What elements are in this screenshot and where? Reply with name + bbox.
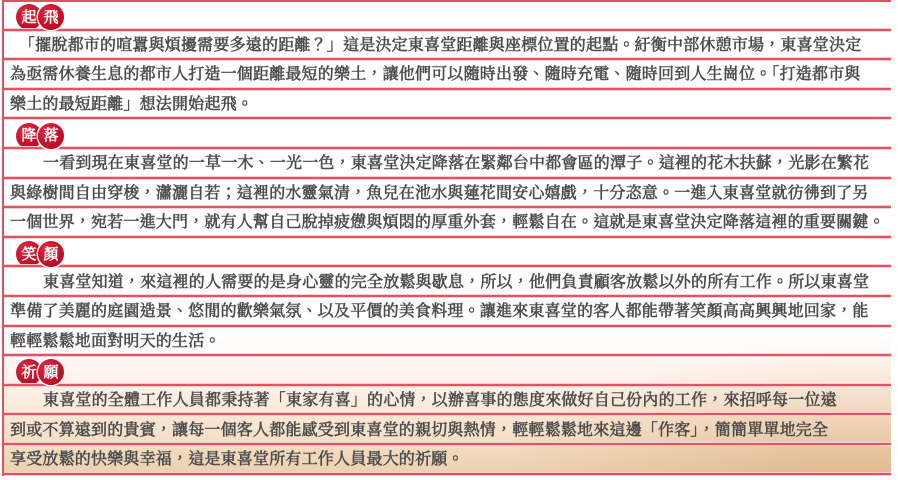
text-row: 一看到現在東喜堂的一草一木、一光一色，東喜堂決定降落在緊鄰台中都會區的潭子。這裡…: [4, 150, 891, 180]
paragraph-line: 東喜堂的全體工作人員都秉持著「東家有喜」的心情，以辦喜事的態度來做好自己份內的工…: [10, 387, 837, 414]
badge-circle: 顏: [38, 241, 64, 267]
text-row: 準備了美麗的庭園造景、悠閒的歡樂氣氛、以及平價的美食料理。讓進來東喜堂的客人都能…: [4, 298, 891, 328]
text-row: 東喜堂知道，來這裡的人需要的是身心靈的完全放鬆與歇息，所以，他們負責顧客放鬆以外…: [4, 268, 891, 298]
text-row: 輕輕鬆鬆地面對明天的生活。: [4, 328, 891, 358]
paragraph-line: 與綠樹間自由穿梭，瀟灑自若；這裡的水靈氣清，魚兒在池水與蓮花間安心嬉戲，十分恣意…: [10, 180, 869, 207]
paragraph-line: 準備了美麗的庭園造景、悠閒的歡樂氣氛、以及平價的美食料理。讓進來東喜堂的客人都能…: [10, 298, 869, 325]
paragraph-line: 一看到現在東喜堂的一草一木、一光一色，東喜堂決定降落在緊鄰台中都會區的潭子。這裡…: [10, 150, 869, 177]
paragraph-line: 享受放鬆的快樂與幸福，這是東喜堂所有工作人員最大的祈願。: [10, 446, 464, 473]
section-header-landing: 降 落: [4, 120, 891, 150]
paragraph-line: 「擺脫都市的喧囂與煩擾需要多遠的距離？」這是決定東喜堂距離與座標位置的起點。紆衡…: [10, 32, 861, 59]
paragraph-line: 樂土的最短距離」想法開始起飛。: [10, 91, 253, 118]
text-row: 東喜堂的全體工作人員都秉持著「東家有喜」的心情，以辦喜事的態度來做好自己份內的工…: [4, 387, 891, 417]
text-row: 為亟需休養生息的都市人打造一個距離最短的樂土，讓他們可以隨時出發、隨時充電、隨時…: [4, 61, 891, 91]
badge-circle: 落: [38, 123, 64, 149]
text-row: 享受放鬆的快樂與幸福，這是東喜堂所有工作人員最大的祈願。: [4, 446, 891, 476]
smile-badge-icon: 笑 顏: [16, 241, 64, 267]
text-row: 一個世界，宛若一進大門，就有人幫自己脫掉疲憊與煩悶的厚重外套，輕鬆自在。這就是東…: [4, 209, 891, 239]
paragraph-line: 輕輕鬆鬆地面對明天的生活。: [10, 328, 221, 355]
text-row: 與綠樹間自由穿梭，瀟灑自若；這裡的水靈氣清，魚兒在池水與蓮花間安心嬉戲，十分恣意…: [4, 180, 891, 210]
text-row: 到或不算遠到的貴賓，讓每一個客人都能感受到東喜堂的親切與熱情，輕輕鬆鬆地來這邊「…: [4, 416, 891, 446]
text-row: 樂土的最短距離」想法開始起飛。: [4, 91, 891, 121]
text-row: 「擺脫都市的喧囂與煩擾需要多遠的距離？」這是決定東喜堂距離與座標位置的起點。紆衡…: [4, 32, 891, 62]
section-header-wish: 祈 願: [4, 357, 891, 387]
ruled-page: 起 飛 「擺脫都市的喧囂與煩擾需要多遠的距離？」這是決定東喜堂距離與座標位置的起…: [2, 0, 891, 476]
section-header-smile: 笑 顏: [4, 239, 891, 269]
landing-badge-icon: 降 落: [16, 123, 64, 149]
paragraph-line: 到或不算遠到的貴賓，讓每一個客人都能感受到東喜堂的親切與熱情，輕輕鬆鬆地來這邊「…: [10, 417, 828, 444]
wish-badge-icon: 祈 願: [16, 359, 64, 385]
section-header-takeoff: 起 飛: [4, 2, 891, 32]
badge-circle: 飛: [38, 4, 64, 30]
paragraph-line: 東喜堂知道，來這裡的人需要的是身心靈的完全放鬆與歇息，所以，他們負責顧客放鬆以外…: [10, 269, 869, 296]
badge-circle: 願: [38, 359, 64, 385]
paragraph-line: 為亟需休養生息的都市人打造一個距離最短的樂土，讓他們可以隨時出發、隨時充電、隨時…: [10, 61, 861, 88]
takeoff-badge-icon: 起 飛: [16, 4, 64, 30]
paragraph-line: 一個世界，宛若一進大門，就有人幫自己脫掉疲憊與煩悶的厚重外套，輕鬆自在。這就是東…: [10, 209, 885, 236]
